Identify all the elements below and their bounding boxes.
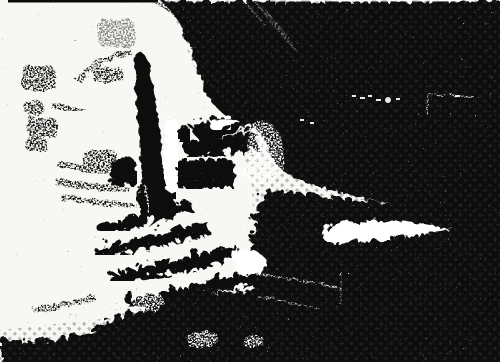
scan-top-rule [8, 0, 158, 3]
photo-canvas [0, 0, 500, 362]
dithered-obelisk-photograph [0, 0, 500, 362]
obelisk-sunlit-strip [163, 116, 176, 190]
scan-top-edge [270, 0, 460, 2]
